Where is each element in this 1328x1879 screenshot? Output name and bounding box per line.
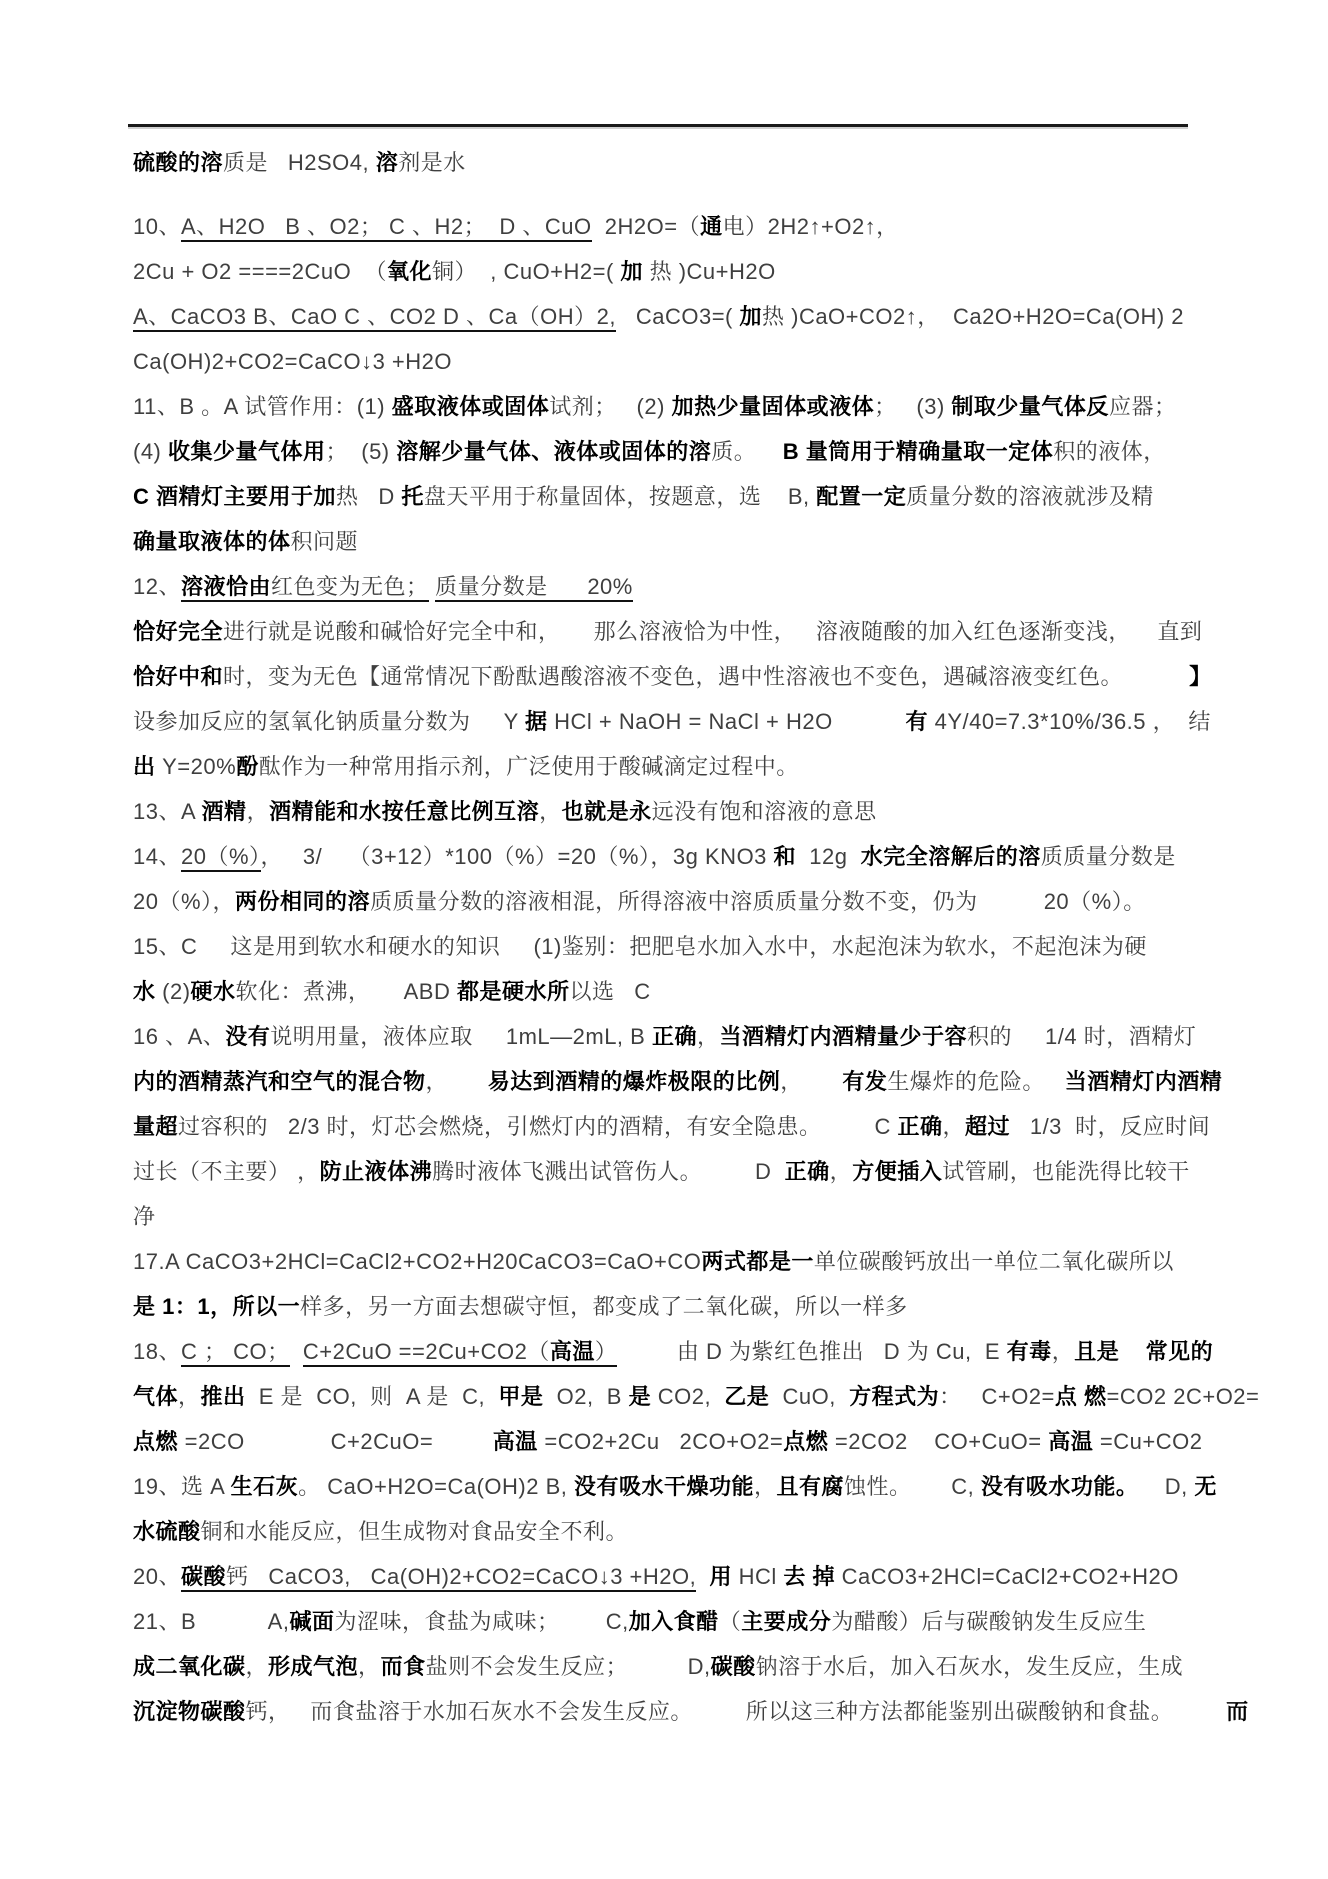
emphasized-text: 配置一定 (816, 484, 906, 509)
text-line-6: 11、B 。A 试管作用：(1) 盛取液体或固体试剂； (2) 加热少量固体或液… (133, 384, 1213, 429)
text-segment: 为醋酸）后与碳酸钠发生反应生 (831, 1609, 1146, 1634)
text-segment: 生爆炸的危险。 (887, 1069, 1064, 1094)
emphasized-text: 点 燃 (1055, 1384, 1107, 1409)
emphasized-text: 高温 (1048, 1429, 1093, 1454)
text-segment: CO2, (651, 1384, 724, 1409)
text-segment: 19、选 A (133, 1474, 231, 1499)
text-segment: 质质量分数的溶液相混，所得溶液中溶质质量分数不变，仍为 20（%）。 (370, 889, 1146, 914)
emphasized-text: 内的酒精蒸汽和空气的混合物 (133, 1069, 426, 1094)
text-segment: 积问题 (291, 529, 359, 554)
text-segment: 12g (796, 844, 861, 869)
text-segment: 单位碳酸钙放出一单位二氧化碳所以 (814, 1249, 1174, 1274)
text-line-32: 20、碳酸钙 CaCO3, Ca(OH)2+CO2=CaCO↓3 +H2O, 用… (133, 1554, 1213, 1599)
text-line-8: C 酒精灯主要用于加热 D 托盘天平用于称量固体，按题意，选 B, 配置一定质量… (133, 474, 1213, 519)
emphasized-text: 量超 (133, 1114, 178, 1139)
text-line-35: 沉淀物碳酸钙， 而食盐溶于水加石灰水不会发生反应。 所以这三种方法都能鉴别出碳酸… (133, 1689, 1213, 1734)
text-line-2: 10、A、H2O B 、O2； C 、H2； D 、CuO 2H2O=（通电）2… (133, 204, 1213, 249)
text-segment: （ (719, 1609, 742, 1634)
emphasized-text: 恰好中和 (133, 664, 223, 689)
text-segment: 样多，另一方面去想碳守恒，都变成了二氧化碳，所以一样多 (300, 1294, 908, 1319)
emphasized-text: 没有吸水干燥功能 (574, 1474, 754, 1499)
text-segment: D, (1138, 1474, 1194, 1499)
text-segment: 应器； (1109, 394, 1177, 419)
underlined-answer-text: A、H2O B 、O2； C 、H2； D 、CuO (181, 214, 592, 242)
emphasized-text: 制取少量气体反 (951, 394, 1109, 419)
emphasized-text: 都是硬水所 (457, 979, 570, 1004)
text-segment: 试管刷，也能洗得比较干 (942, 1159, 1190, 1184)
text-segment: ， (246, 1654, 269, 1679)
emphasized-text: 盛取液体或固体 (392, 394, 550, 419)
text-segment: 12、 (133, 574, 181, 599)
text-line-18: 15、C 这是用到软水和硬水的知识 (1)鉴别：把肥皂水加入水中，水起泡沫为软水… (133, 924, 1213, 969)
text-segment: 设参加反应的氢氧化钠质量分数为 Y (133, 709, 525, 734)
underlined-answer-text: A、CaCO3 B、CaO C 、CO2 D 、Ca（OH）2, (133, 304, 616, 332)
text-segment: 16 、A、 (133, 1024, 225, 1049)
text-segment: =CO2 2C+O2= (1107, 1384, 1260, 1409)
text-segment: 远没有饱和溶液的意思 (652, 799, 877, 824)
text-segment: ， 3/ （3+12）*100（%）=20（%），3g KNO3 (261, 844, 774, 869)
emphasized-text: 去 掉 (783, 1564, 835, 1589)
text-segment: =Cu+CO2 (1093, 1429, 1202, 1454)
emphasized-text: 且是 (1074, 1339, 1119, 1364)
text-segment: 14、 (133, 844, 181, 869)
emphasized-text: 当酒精灯内酒精量少于容 (719, 1024, 967, 1049)
emphasized-text: C 酒精灯主要用于加 (133, 484, 336, 509)
text-segment: 盐则不会发生反应； D, (426, 1654, 711, 1679)
text-segment: HCl (732, 1564, 783, 1589)
emphasized-text: 和 (774, 844, 797, 869)
text-segment: 积的液体， (1053, 439, 1166, 464)
emphasized-text: 而 (1226, 1699, 1249, 1724)
text-segment (696, 1564, 709, 1589)
document-page: 硫酸的溶质是 H2SO4, 溶剂是水10、A、H2O B 、O2； C 、H2；… (0, 0, 1328, 1879)
emphasized-text: 形成气泡 (268, 1654, 358, 1679)
text-segment: ， (539, 799, 562, 824)
emphasized-text: 出 (133, 754, 156, 779)
text-segment: 10、 (133, 214, 181, 239)
emphasized-text: 有 (905, 709, 928, 734)
emphasized-text: 硬水 (191, 979, 236, 1004)
emphasized-text: 当酒精灯内酒精 (1065, 1069, 1223, 1094)
text-segment: 热 )CaO+CO2↑， Ca2O+H2O=Ca(OH) 2 (762, 304, 1184, 329)
text-segment: 进行就是说酸和碱恰好完全中和， 那么溶液恰为中性， 溶液随酸的加入红色逐渐变浅，… (223, 619, 1202, 644)
text-segment: 质。 (711, 439, 782, 464)
text-line-21: 内的酒精蒸汽和空气的混合物， 易达到酒精的爆炸极限的比例， 有发生爆炸的危险。 … (133, 1059, 1213, 1104)
emphasized-text: 托 (401, 484, 424, 509)
emphasized-text: 高温 (493, 1429, 538, 1454)
text-segment: CaCO3+2HCl=CaCl2+CO2+H2O (835, 1564, 1179, 1589)
text-segment: 电）2H2↑+O2↑， (723, 214, 899, 239)
emphasized-text: 易达到酒精的爆炸极限的比例 (488, 1069, 781, 1094)
text-segment: E 是 CO, 则 A 是 C, (246, 1384, 499, 1409)
emphasized-text: 加入食醋 (629, 1609, 719, 1634)
text-segment: 2H2O=（ (592, 214, 701, 239)
emphasized-text: 用 (710, 1564, 733, 1589)
text-segment: 积的 1/4 时，酒精灯 (967, 1024, 1196, 1049)
text-segment: 腾时液体飞溅出试管伤人。 D (432, 1159, 785, 1184)
text-line-30: 19、选 A 生石灰。 CaO+H2O=Ca(OH)2 B, 没有吸水干燥功能，… (133, 1464, 1213, 1509)
text-segment: ， (942, 1114, 965, 1139)
text-segment: =2CO2 CO+CuO= (828, 1429, 1048, 1454)
text-line-22: 量超过容积的 2/3 时，灯芯会燃烧，引燃灯内的酒精，有安全隐患。 C 正确，超… (133, 1104, 1213, 1149)
text-line-13: 设参加反应的氢氧化钠质量分数为 Y 据 HCl + NaOH = NaCl + … (133, 699, 1213, 744)
text-segment: ， (426, 1069, 488, 1094)
underlined-answer-text: C ； CO； (181, 1339, 290, 1367)
emphasized-text: 推出 (201, 1384, 246, 1409)
emphasized-text: 碳酸 (711, 1654, 756, 1679)
answer-key-text-body: 硫酸的溶质是 H2SO4, 溶剂是水10、A、H2O B 、O2； C 、H2；… (133, 140, 1213, 1734)
emphasized-text: 没有吸水功能。 (981, 1474, 1139, 1499)
text-line-31: 水硫酸铜和水能反应，但生成物对食品安全不利。 (133, 1509, 1213, 1554)
text-segment: 。 CaO+H2O=Ca(OH)2 B, (298, 1474, 574, 1499)
text-line-1: 硫酸的溶质是 H2SO4, 溶剂是水 (133, 140, 1213, 185)
text-segment: 时，变为无色【通常情况下酚酞遇酸溶液不变色，遇中性溶液也不变色，遇碱溶液变红色。 (223, 664, 1189, 689)
text-segment: =2CO C+2CuO= (178, 1429, 493, 1454)
underlined-answer-text: 溶液恰由 (181, 574, 271, 602)
text-segment: ； (5) (326, 439, 397, 464)
emphasized-text: 水完全溶解后的溶 (861, 844, 1041, 869)
text-segment: ， (358, 1654, 381, 1679)
text-segment: ， (754, 1474, 777, 1499)
text-segment: ， (178, 1384, 201, 1409)
emphasized-text: 没有 (225, 1024, 270, 1049)
underlined-answer-text: 质量分数是 20% (435, 574, 633, 602)
text-segment: Ca(OH)2+CO2=CaCO↓3 +H2O (133, 349, 452, 374)
emphasized-text: 且有腐 (777, 1474, 845, 1499)
text-segment: 18、 (133, 1339, 181, 1364)
emphasized-text: 确量取液体的体 (133, 529, 291, 554)
emphasized-text: 是 1：1，所以一 (133, 1294, 300, 1319)
text-segment: 铜和水能反应，但生成物对食品安全不利。 (201, 1519, 629, 1544)
text-line-20: 16 、A、没有说明用量，液体应取 1mL—2mL, B 正确，当酒精灯内酒精量… (133, 1014, 1213, 1059)
emphasized-text: 主要成分 (741, 1609, 831, 1634)
text-segment: 剂是水 (398, 150, 466, 175)
text-segment: 1/3 时，反应时间 (1010, 1114, 1210, 1139)
text-segment: 试剂； (2) (549, 394, 671, 419)
emphasized-text: 正确 (652, 1024, 697, 1049)
text-segment: 11、B 。A 试管作用：(1) (133, 394, 392, 419)
text-segment: 酞作为一种常用指示剂，广泛使用于酸碱滴定过程中。 (259, 754, 799, 779)
text-segment: ， (697, 1024, 720, 1049)
text-segment: ， (830, 1159, 853, 1184)
emphasized-text: 据 (525, 709, 548, 734)
text-segment: 20、 (133, 1564, 181, 1589)
emphasized-text: 有毒 (1007, 1339, 1052, 1364)
underlined-answer-text: ） (595, 1339, 618, 1367)
emphasized-text: 碱面 (289, 1609, 334, 1634)
text-segment: 盘天平用于称量固体，按题意，选 B, (424, 484, 816, 509)
text-line-14: 出 Y=20%酚酞作为一种常用指示剂，广泛使用于酸碱滴定过程中。 (133, 744, 1213, 789)
text-line-15: 13、A 酒精，酒精能和水按任意比例互溶，也就是永远没有饱和溶液的意思 (133, 789, 1213, 834)
text-segment: 钠溶于水后，加入石灰水，发生反应，生成 (756, 1654, 1184, 1679)
text-segment: 蚀性。 C, (844, 1474, 981, 1499)
text-segment: HCl + NaOH = NaCl + H2O (547, 709, 905, 734)
text-line-7: (4) 收集少量气体用； (5) 溶解少量气体、液体或固体的溶质。 B 量筒用于… (133, 429, 1213, 474)
emphasized-text: 而食 (381, 1654, 426, 1679)
emphasized-text: 酚 (236, 754, 259, 779)
emphasized-text: 通 (700, 214, 723, 239)
emphasized-text: 是 (629, 1384, 652, 1409)
emphasized-text: 防止液体沸 (320, 1159, 433, 1184)
emphasized-text: 溶解少量气体、液体或固体的溶 (396, 439, 711, 464)
text-line-27: 18、C ； CO； C+2CuO ==2Cu+CO2（高温） 由 D 为紫红色… (133, 1329, 1213, 1374)
text-segment: =CO2+2Cu 2CO+O2= (538, 1429, 784, 1454)
emphasized-text: 超过 (965, 1114, 1010, 1139)
emphasized-text: 硫酸的溶 (133, 150, 223, 175)
text-line-12: 恰好中和时，变为无色【通常情况下酚酞遇酸溶液不变色，遇中性溶液也不变色，遇碱溶液… (133, 654, 1213, 699)
emphasized-text: 沉淀物碳酸 (133, 1699, 246, 1724)
text-segment: ， (247, 799, 270, 824)
text-line-19: 水 (2)硬水软化：煮沸， ABD 都是硬水所以选 C (133, 969, 1213, 1014)
emphasized-text: 点燃 (783, 1429, 828, 1454)
text-segment: Y=20% (156, 754, 237, 779)
emphasized-text: 两式都是一 (701, 1249, 814, 1274)
text-line-28: 气体，推出 E 是 CO, 则 A 是 C, 甲是 O2, B 是 CO2, 乙… (133, 1374, 1213, 1419)
page-top-divider (128, 124, 1188, 127)
text-segment: (4) (133, 439, 168, 464)
emphasized-text: 恰好完全 (133, 619, 223, 644)
emphasized-text: 气体 (133, 1384, 178, 1409)
text-segment: 2Cu + O2 ====2CuO （ (133, 259, 387, 284)
text-line-17: 20（%），两份相同的溶质质量分数的溶液相混，所得溶液中溶质质量分数不变，仍为 … (133, 879, 1213, 924)
text-segment: CuO, (769, 1384, 849, 1409)
emphasized-text: 无 (1194, 1474, 1217, 1499)
text-line-9: 确量取液体的体积问题 (133, 519, 1213, 564)
emphasized-text: 加 (739, 304, 762, 329)
text-line-5: Ca(OH)2+CO2=CaCO↓3 +H2O (133, 339, 1213, 384)
text-segment: ； (3) (874, 394, 951, 419)
text-line-24: 净 (133, 1194, 1213, 1239)
text-segment: 21、B A, (133, 1609, 289, 1634)
text-segment (290, 1339, 303, 1364)
underlined-answer-text: 高温 (550, 1339, 595, 1367)
text-segment: ， (780, 1069, 842, 1094)
text-segment: 13、A (133, 799, 202, 824)
text-segment: 过容积的 2/3 时，灯芯会燃烧，引燃灯内的酒精，有安全隐患。 C (178, 1114, 897, 1139)
emphasized-text: 加 (620, 259, 643, 284)
emphasized-text: 收集少量气体用 (168, 439, 326, 464)
text-line-26: 是 1：1，所以一样多，另一方面去想碳守恒，都变成了二氧化碳，所以一样多 (133, 1284, 1213, 1329)
emphasized-text: 酒精 (202, 799, 247, 824)
text-segment: ， (1052, 1339, 1075, 1364)
text-segment: (2) (156, 979, 191, 1004)
emphasized-text: 有发 (842, 1069, 887, 1094)
text-segment: 以选 C (569, 979, 650, 1004)
text-line-16: 14、20（%）， 3/ （3+12）*100（%）=20（%），3g KNO3… (133, 834, 1213, 879)
text-line-10: 12、溶液恰由红色变为无色； 质量分数是 20% (133, 564, 1213, 609)
underlined-answer-text: C+2CuO ==2Cu+CO2（ (303, 1339, 550, 1367)
text-segment: 为涩味，食盐为咸味； C, (334, 1609, 628, 1634)
emphasized-text: 正确 (785, 1159, 830, 1184)
text-line-33: 21、B A,碱面为涩味，食盐为咸味； C,加入食醋（主要成分为醋酸）后与碳酸钠… (133, 1599, 1213, 1644)
text-segment: O2, B (543, 1384, 628, 1409)
text-line-29: 点燃 =2CO C+2CuO= 高温 =CO2+2Cu 2CO+O2=点燃 =2… (133, 1419, 1213, 1464)
text-segment (1119, 1339, 1145, 1364)
text-segment: 热 )Cu+H2O (643, 259, 776, 284)
underlined-answer-text: 红色变为无色； (271, 574, 429, 602)
text-line-23: 过长（不主要） ，防止液体沸腾时液体飞溅出试管伤人。 D 正确，方便插入试管刷，… (133, 1149, 1213, 1194)
emphasized-text: 点燃 (133, 1429, 178, 1454)
text-segment: 说明用量，液体应取 1mL—2mL, B (270, 1024, 652, 1049)
emphasized-text: 生石灰 (231, 1474, 299, 1499)
emphasized-text: 成二氧化碳 (133, 1654, 246, 1679)
text-segment: 15、C 这是用到软水和硬水的知识 (1)鉴别：把肥皂水加入水中，水起泡沫为软水… (133, 934, 1147, 959)
underlined-answer-text: 钙 CaCO3, Ca(OH)2+CO2=CaCO↓3 +H2O, (226, 1564, 696, 1592)
emphasized-text: 也就是永 (562, 799, 652, 824)
emphasized-text: 加热少量固体或液体 (672, 394, 875, 419)
emphasized-text: 氧化 (387, 259, 432, 284)
text-segment: 17.A CaCO3+2HCl=CaCl2+CO2+H20CaCO3=CaO+C… (133, 1249, 701, 1274)
emphasized-text: 水 (133, 979, 156, 1004)
emphasized-text: 甲是 (498, 1384, 543, 1409)
emphasized-text: 正确 (897, 1114, 942, 1139)
text-segment: 由 D 为紫红色推出 D 为 Cu, E (617, 1339, 1006, 1364)
text-line-34: 成二氧化碳，形成气泡，而食盐则不会发生反应； D,碳酸钠溶于水后，加入石灰水，发… (133, 1644, 1213, 1689)
text-segment: 过长（不主要） ， (133, 1159, 320, 1184)
emphasized-text: 水硫酸 (133, 1519, 201, 1544)
text-line-25: 17.A CaCO3+2HCl=CaCl2+CO2+H20CaCO3=CaO+C… (133, 1239, 1213, 1284)
text-segment: 质是 H2SO4, (223, 150, 376, 175)
emphasized-text: 溶 (376, 150, 399, 175)
text-line-3: 2Cu + O2 ====2CuO （氧化铜） , CuO+H2=( 加 热 )… (133, 249, 1213, 294)
text-segment: 质质量分数是 (1041, 844, 1176, 869)
text-segment: 钙， 而食盐溶于水加石灰水不会发生反应。 所以这三种方法都能鉴别出碳酸钠和食盐。 (246, 1699, 1227, 1724)
emphasized-text: 常见的 (1146, 1339, 1214, 1364)
text-segment: ： C+O2= (939, 1384, 1055, 1409)
underlined-answer-text: 碳酸 (181, 1564, 226, 1592)
text-segment: 铜） , CuO+H2=( (432, 259, 620, 284)
underlined-answer-text: 20（%） (181, 844, 261, 872)
text-segment: 净 (133, 1204, 156, 1229)
text-segment: 热 D (336, 484, 401, 509)
text-segment: 4Y/40=7.3*10%/36.5 ， 结 (928, 709, 1211, 734)
text-segment: 质量分数的溶液就涉及精 (906, 484, 1154, 509)
emphasized-text: 】 (1189, 664, 1212, 689)
emphasized-text: 酒精能和水按任意比例互溶 (269, 799, 539, 824)
text-segment: 软化：煮沸， ABD (236, 979, 457, 1004)
emphasized-text: 方程式为 (849, 1384, 939, 1409)
text-segment: 20（%）， (133, 889, 235, 914)
emphasized-text: 方便插入 (852, 1159, 942, 1184)
text-line-11: 恰好完全进行就是说酸和碱恰好完全中和， 那么溶液恰为中性， 溶液随酸的加入红色逐… (133, 609, 1213, 654)
text-line-4: A、CaCO3 B、CaO C 、CO2 D 、Ca（OH）2, CaCO3=(… (133, 294, 1213, 339)
text-segment: CaCO3=( (616, 304, 739, 329)
emphasized-text: B 量筒用于精确量取一定体 (783, 439, 1054, 464)
emphasized-text: 两份相同的溶 (235, 889, 370, 914)
emphasized-text: 乙是 (724, 1384, 769, 1409)
